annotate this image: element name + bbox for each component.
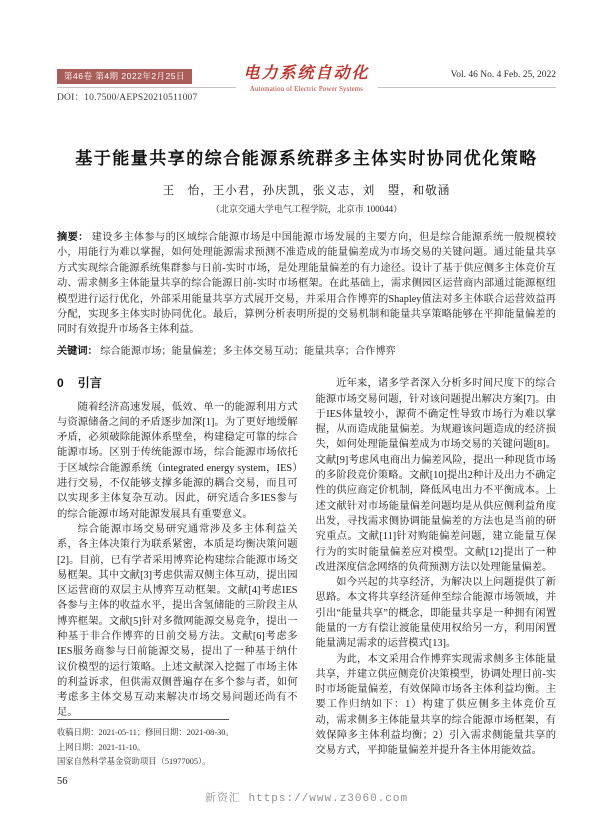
left-column: 0引言 随着经济高速发展，低效、单一的能源利用方式与资源储备之间的矛盾逐步加深[… xyxy=(57,376,298,758)
journal-logo: 电力系统自动化 Automation of Electric Power Sys… xyxy=(235,64,377,93)
authors-line: 王 怡，王小君，孙庆凯，张义志，刘 曌，和敬涵 xyxy=(57,182,556,198)
right-column: 近年来，诸多学者深入分析多时间尺度下的综合能源市场交易问题，针对该问题提出解决方… xyxy=(316,376,557,758)
volume-info: Vol. 46 No. 4 Feb. 25, 2022 xyxy=(451,70,556,80)
page-number: 56 xyxy=(57,776,68,787)
journal-logo-en: Automation of Electric Power Systems xyxy=(243,86,369,93)
abstract-block: 摘要： 建设多主体参与的区域综合能源市场是中国能源市场发展的主要方向，但是综合能… xyxy=(57,230,556,338)
section-heading-intro: 0引言 xyxy=(57,376,298,391)
affiliation-line: （北京交通大学电气工程学院，北京市 100044） xyxy=(57,202,556,215)
abstract-label: 摘要： xyxy=(57,232,89,243)
footnote-received: 收稿日期：2021-05-11；修回日期：2021-08-30。 xyxy=(57,726,317,741)
issue-badge: 第46卷 第4期 2022年2月25日 xyxy=(57,69,192,84)
footnote-online: 上网日期：2021-11-10。 xyxy=(57,741,317,756)
keywords-label: 关键词： xyxy=(57,346,98,357)
intro-section-number: 0 xyxy=(57,376,64,390)
body-columns: 0引言 随着经济高速发展，低效、单一的能源利用方式与资源储备之间的矛盾逐步加深[… xyxy=(57,376,556,758)
abstract-text: 建设多主体参与的区域综合能源市场是中国能源市场发展的主要方向，但是综合能源系统一… xyxy=(57,232,556,335)
journal-header: 第46卷 第4期 2022年2月25日 DOI：10.7500/AEPS2021… xyxy=(57,66,556,108)
keywords-text: 综合能源市场；能量偏差；多主体交易互动；能量共享；合作博弈 xyxy=(100,346,395,357)
paper-page: 第46卷 第4期 2022年2月25日 DOI：10.7500/AEPS2021… xyxy=(0,0,613,825)
footnote-block: 收稿日期：2021-05-11；修回日期：2021-08-30。 上网日期：20… xyxy=(57,719,317,770)
intro-section-title: 引言 xyxy=(78,376,102,390)
doi-text: DOI：10.7500/AEPS20210511007 xyxy=(57,89,197,103)
body-paragraph: 为此，本文采用合作博弈实现需求侧多主体能量共享，并建立供应侧竞价决策模型，协调处… xyxy=(316,652,557,759)
header-left: 第46卷 第4期 2022年2月25日 DOI：10.7500/AEPS2021… xyxy=(57,66,197,103)
journal-logo-cn: 电力系统自动化 xyxy=(243,64,369,84)
body-paragraph: 近年来，诸多学者深入分析多时间尺度下的综合能源市场交易问题，针对该问题提出解决方… xyxy=(316,376,557,575)
footnote-funding: 国家自然科学基金资助项目（51977005）。 xyxy=(57,755,317,770)
footnote-divider xyxy=(57,719,229,720)
keywords-block: 关键词： 综合能源市场；能量偏差；多主体交易互动；能量共享；合作博弈 xyxy=(57,344,556,359)
body-paragraph: 随着经济高速发展，低效、单一的能源利用方式与资源储备之间的矛盾逐步加深[1]。为… xyxy=(57,400,298,522)
body-paragraph: 如今兴起的共享经济，为解决以上问题提供了新思路。本文将共享经济延伸至综合能源市场… xyxy=(316,575,557,651)
body-paragraph: 综合能源市场交易研究通常涉及多主体利益关系，各主体决策行为联系紧密，本质是均衡决… xyxy=(57,522,298,721)
paper-title: 基于能量共享的综合能源系统群多主体实时协同优化策略 xyxy=(57,144,556,169)
watermark-text: 新资汇 https://www.z3060.com xyxy=(0,789,613,805)
